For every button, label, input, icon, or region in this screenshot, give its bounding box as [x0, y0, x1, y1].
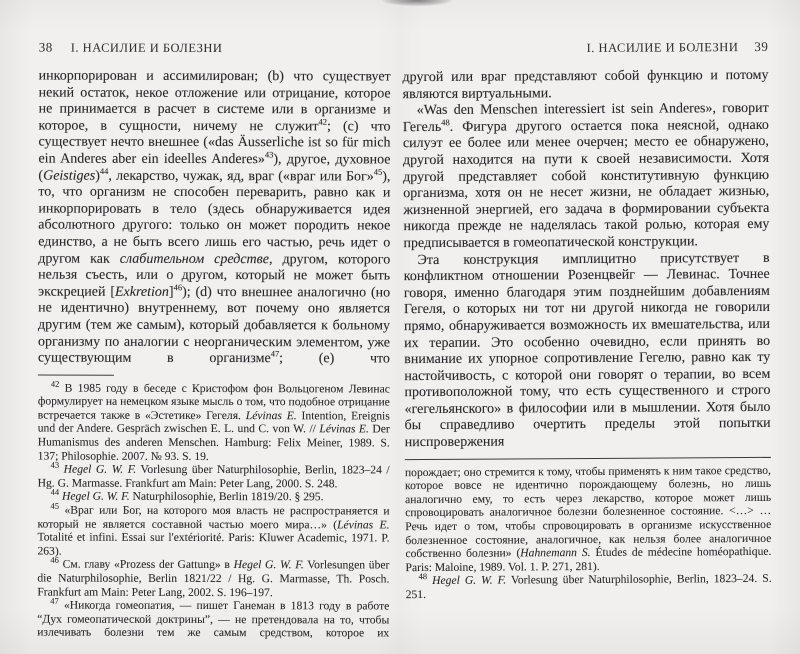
- footnote-ref: 43: [265, 149, 274, 159]
- footnotes-left: 42 В 1985 году в беседе с Кристофом фон …: [37, 381, 390, 640]
- footnote-separator-left: [38, 374, 114, 375]
- scan-smudge: [382, 0, 452, 6]
- paragraph: инкорпорирован и ассимилирован; (b) что …: [38, 69, 391, 369]
- footnote-separator-right: [405, 457, 771, 460]
- footnote: порождает; оно стремится к тому, чтобы п…: [405, 464, 772, 575]
- paragraph: «Was den Menschen interessiert ist sein …: [403, 101, 770, 253]
- footnote-ref: 43: [51, 460, 60, 470]
- footnote-ref: 42: [51, 378, 60, 388]
- running-header-left: 38 I. НАСИЛИЕ И БОЛЕЗНИ: [39, 40, 391, 57]
- footnote-ref: 48: [441, 117, 450, 127]
- page-left: 38 I. НАСИЛИЕ И БОЛЕЗНИ инкорпорирован и…: [37, 40, 391, 641]
- book-spread: 38 I. НАСИЛИЕ И БОЛЕЗНИ инкорпорирован и…: [0, 0, 800, 654]
- book-scan-photo: { "colors": { "paper": "#f2f0ee", "ink":…: [0, 0, 800, 654]
- page-number-left: 38: [39, 40, 53, 56]
- footnote-ref: 45: [374, 166, 383, 176]
- footnote-ref: 46: [50, 555, 59, 565]
- body-text-right: другой или враг представляют собой функц…: [402, 68, 770, 452]
- footnotes-right: порождает; оно стремится к тому, чтобы п…: [405, 464, 772, 602]
- footnote: 48 Hegel G. W. F. Vorlesung über Naturph…: [406, 572, 772, 601]
- footnote: 44 Hegel G. W. F. Naturphilosophie, Berl…: [38, 490, 390, 505]
- footnote-ref: 45: [51, 501, 60, 511]
- footnote-ref: 44: [100, 166, 109, 176]
- running-title-left: I. НАСИЛИЕ И БОЛЕЗНИ: [71, 41, 223, 56]
- footnote-ref: 46: [174, 282, 183, 292]
- footnote-ref: 47: [271, 349, 280, 359]
- body-text-left: инкорпорирован и ассимилирован; (b) что …: [38, 69, 391, 369]
- paragraph: Эта конструкция имплицитно присутствует …: [404, 250, 771, 451]
- footnote: 46 См. главу «Prozess der Gattung» в Heg…: [37, 558, 389, 600]
- page-right: I. НАСИЛИЕ И БОЛЕЗНИ 39 другой или враг …: [402, 39, 771, 602]
- footnote: 43 Hegel G. W. F. Vorlesung über Naturph…: [38, 463, 390, 491]
- running-title-right: I. НАСИЛИЕ И БОЛЕЗНИ: [587, 40, 739, 56]
- footnote: 45 «Враг или Бог, на которого моя власть…: [37, 504, 389, 559]
- paragraph: другой или враг представляют собой функц…: [402, 68, 768, 103]
- footnote-ref: 47: [50, 596, 59, 606]
- footnote-ref: 44: [51, 487, 60, 497]
- footnote: 42 В 1985 году в беседе с Кристофом фон …: [38, 381, 390, 463]
- page-number-right: 39: [754, 39, 768, 55]
- running-header-right: I. НАСИЛИЕ И БОЛЕЗНИ 39: [402, 39, 768, 57]
- footnote-ref: 48: [419, 572, 428, 582]
- footnote: 47 «Никогда гомеопатия, — пишет Ганеман …: [37, 599, 389, 641]
